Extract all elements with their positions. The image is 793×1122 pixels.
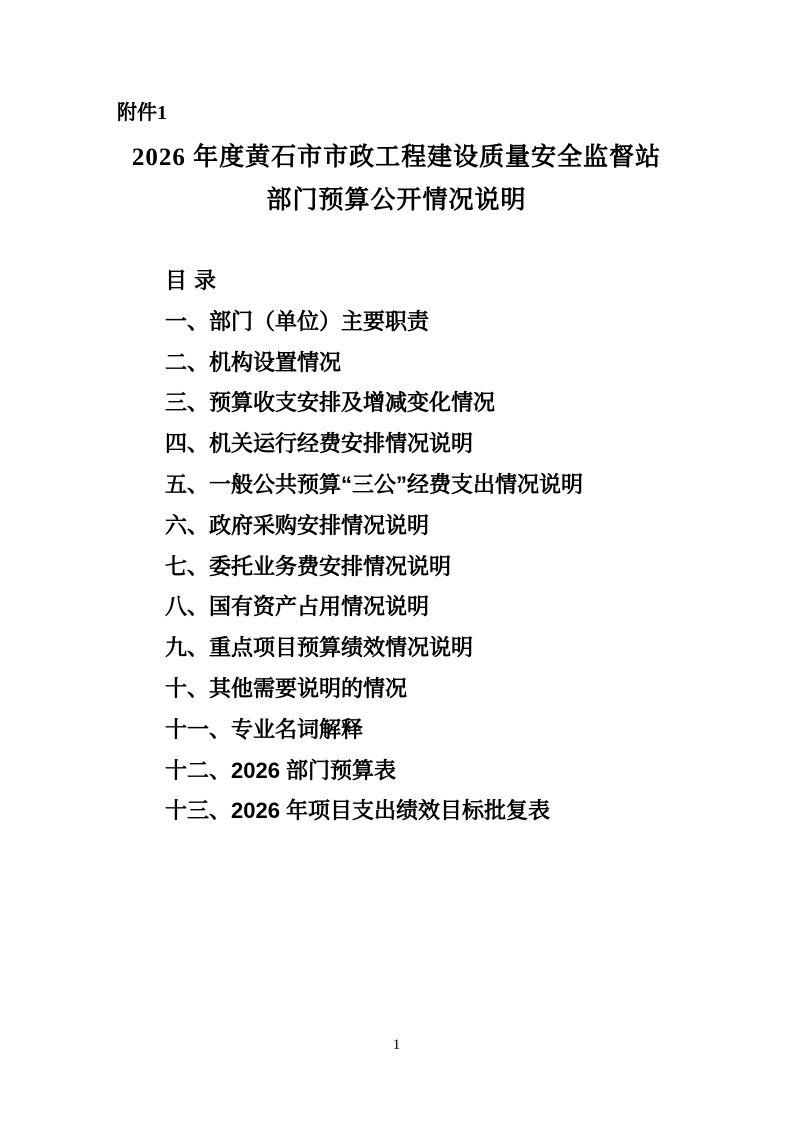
table-of-contents: 目录 一、部门（单位）主要职责 二、机构设置情况 三、预算收支安排及增减变化情况… xyxy=(165,266,583,837)
page-number: 1 xyxy=(0,1035,793,1055)
document-title: 2026 年度黄石市市政工程建设质量安全监督站 部门预算公开情况说明 xyxy=(0,136,793,222)
toc-item-13: 十三、2026 年项目支出绩效目标批复表 xyxy=(165,796,583,837)
toc-item-4: 四、机关运行经费安排情况说明 xyxy=(165,429,583,470)
toc-item-2: 二、机构设置情况 xyxy=(165,348,583,389)
toc-item-11: 十一、专业名词解释 xyxy=(165,715,583,756)
attachment-label: 附件1 xyxy=(117,100,167,126)
toc-item-8: 八、国有资产占用情况说明 xyxy=(165,592,583,633)
toc-item-3: 三、预算收支安排及增减变化情况 xyxy=(165,388,583,429)
document-page: 附件1 2026 年度黄石市市政工程建设质量安全监督站 部门预算公开情况说明 目… xyxy=(0,0,793,1122)
toc-item-6: 六、政府采购安排情况说明 xyxy=(165,511,583,552)
toc-item-1: 一、部门（单位）主要职责 xyxy=(165,307,583,348)
toc-item-10: 十、其他需要说明的情况 xyxy=(165,674,583,715)
document-title-line-1: 2026 年度黄石市市政工程建设质量安全监督站 xyxy=(0,136,793,179)
toc-item-9: 九、重点项目预算绩效情况说明 xyxy=(165,633,583,674)
toc-item-12: 十二、2026 部门预算表 xyxy=(165,756,583,797)
toc-heading: 目录 xyxy=(165,266,583,307)
toc-item-7: 七、委托业务费安排情况说明 xyxy=(165,552,583,593)
toc-item-5: 五、一般公共预算“三公”经费支出情况说明 xyxy=(165,470,583,511)
document-title-line-2: 部门预算公开情况说明 xyxy=(0,179,793,222)
